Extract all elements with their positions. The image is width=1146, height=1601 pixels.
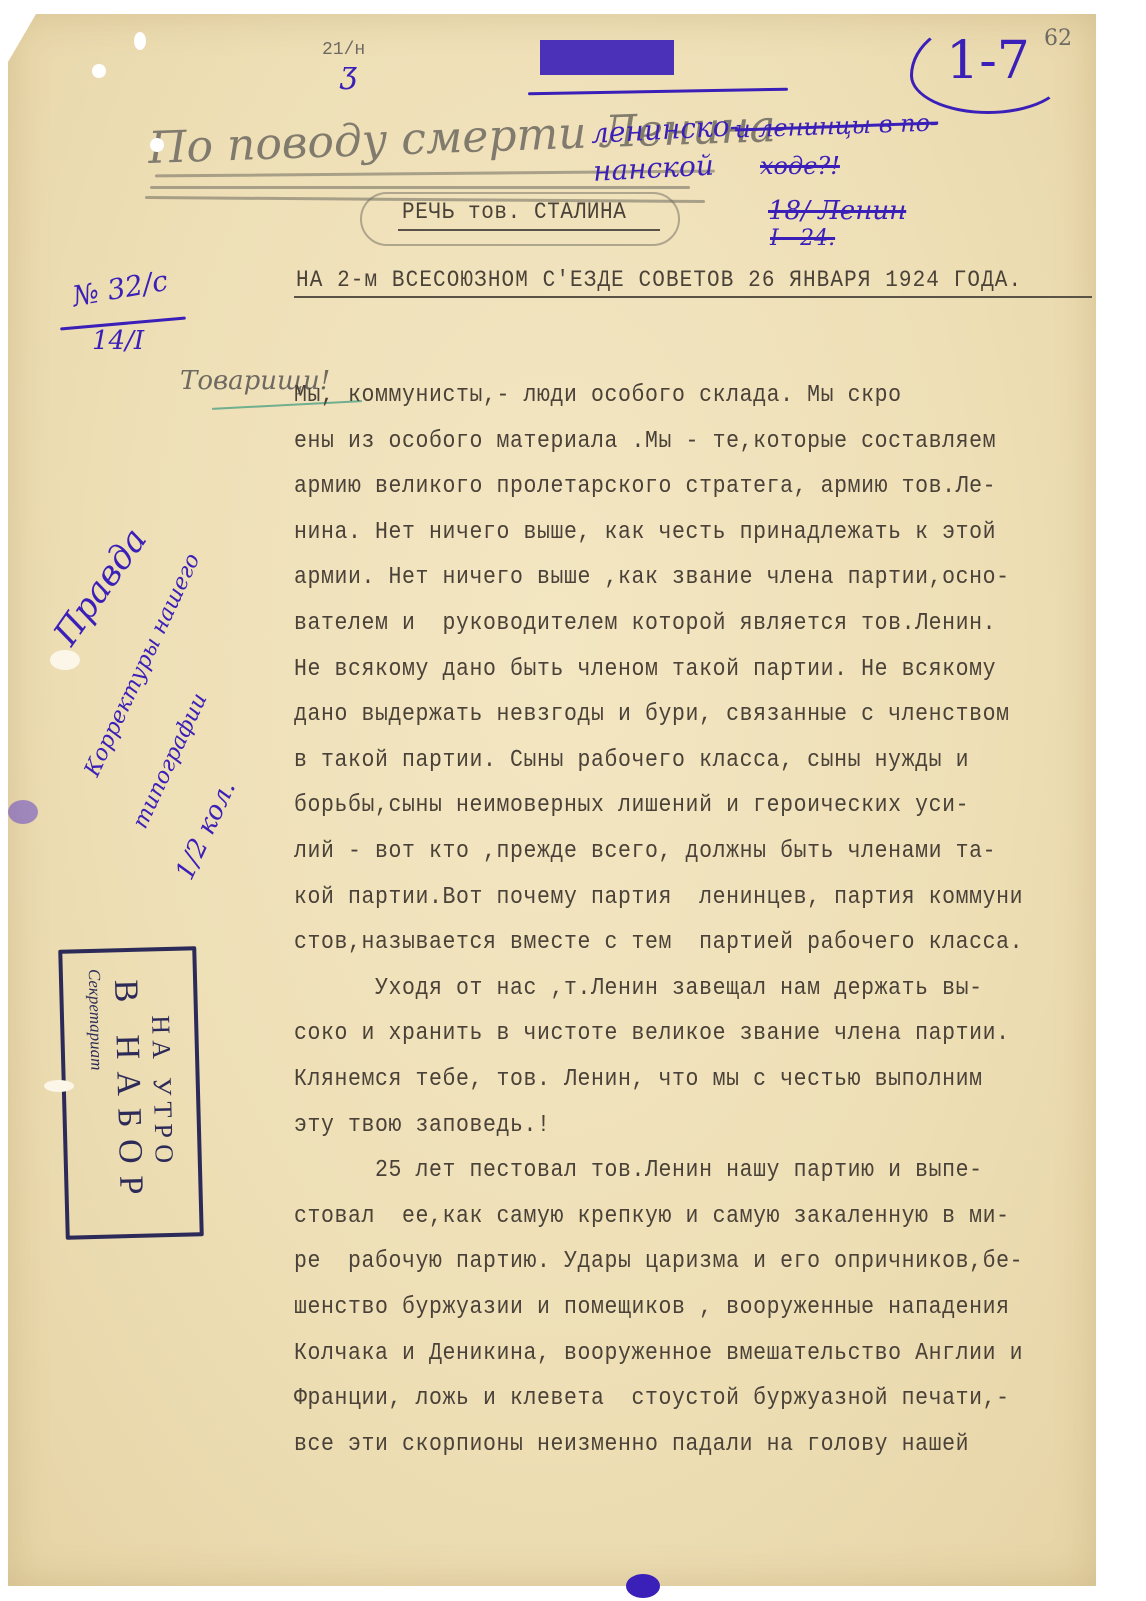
heading-congress: НА 2-м ВСЕСОЮЗНОМ С'ЕЗДЕ СОВЕТОВ 26 ЯНВА… — [296, 268, 1022, 294]
punch-hole-4 — [50, 650, 80, 670]
body-line: Уходя от нас ,т.Ленин завещал нам держат… — [294, 975, 983, 1002]
struck-header: Правда — [540, 40, 674, 75]
punch-hole-1 — [92, 64, 106, 78]
typesetting-stamp: НА УТРО В НАБОР Секретариат — [58, 946, 204, 1240]
body-line: дано выдержать невзгоды и бури, связанны… — [294, 701, 1010, 728]
body-line: соко и хранить в чистоте великое звание … — [294, 1020, 1010, 1047]
stamp-line-2: В НАБОР — [105, 958, 150, 1229]
body-line: борьбы,сыны неимоверных лишений и героич… — [294, 792, 969, 819]
body-line: нина. Нет ничего выше, как честь принадл… — [294, 519, 996, 546]
body-line: кой партии.Вот почему партия ленинцев, п… — [294, 884, 1023, 911]
body-line: Не всякому дано быть членом такой партии… — [294, 656, 996, 683]
archive-page-number: 62 — [1044, 26, 1072, 51]
body-line: Франции, ложь и клевета стоустой буржуаз… — [294, 1385, 1010, 1412]
margin-note-column: 1/2 кол. — [170, 776, 242, 885]
body-line: Клянемся тебе, тов. Ленин, что мы с чест… — [294, 1066, 983, 1093]
body-line: 25 лет пестовал тов.Ленин нашу партию и … — [294, 1157, 983, 1184]
stamp-text: НА УТРО В НАБОР Секретариат — [81, 957, 180, 1229]
margin-notes: Правда Корректуры нашего типографии 1/2 … — [20, 520, 280, 880]
heading-congress-underline — [294, 296, 1092, 298]
ink-blot-left-edge — [8, 800, 38, 824]
left-margin-ref-bottom: 14/I — [92, 326, 144, 356]
top-number-correction: ʒ — [340, 56, 357, 91]
body-line: ены из особого материала .Мы - те,которы… — [294, 428, 996, 455]
body-line: лий - вот кто ,прежде всего, должны быть… — [294, 838, 996, 865]
heading-speech-pencil-oval — [360, 192, 680, 246]
ink-insert-title: ленинско-нанской — [590, 109, 704, 191]
margin-note-pravda: Правда — [46, 521, 155, 653]
struck-date-note-2: I - 24. — [770, 226, 835, 251]
body-line: в такой партии. Сыны рабочего класса, сы… — [294, 747, 969, 774]
punch-hole-3 — [150, 138, 164, 152]
body-line: вателем и руководителем которой является… — [294, 610, 996, 637]
body-line: ре рабочую партию. Удары царизма и его о… — [294, 1248, 1023, 1275]
body-line: Колчака и Деникина, вооруженное вмешател… — [294, 1340, 1023, 1367]
ink-blot-bottom — [626, 1574, 660, 1598]
body-line: шенство буржуазии и помещиков , вооружен… — [294, 1294, 1010, 1321]
body-line: эту твою заповедь.! — [294, 1112, 551, 1139]
struck-right-note-2: ходе?! — [760, 152, 840, 180]
struck-date-note: 18/ Ленин — [768, 196, 906, 226]
punch-hole-5 — [44, 1080, 74, 1092]
punch-hole-2 — [134, 32, 146, 50]
body-line: стовал ее,как самую крепкую и самую зака… — [294, 1203, 1010, 1230]
body-line: Мы, коммунисты,- люди особого склада. Мы… — [294, 382, 902, 409]
body-line: все эти скорпионы неизменно падали на го… — [294, 1431, 969, 1458]
body-line: армию великого пролетарского стратега, а… — [294, 473, 996, 500]
body-line: армии. Нет ничего выше ,как звание члена… — [294, 564, 1010, 591]
body-line: стов,называется вместе с тем партией раб… — [294, 929, 1023, 956]
